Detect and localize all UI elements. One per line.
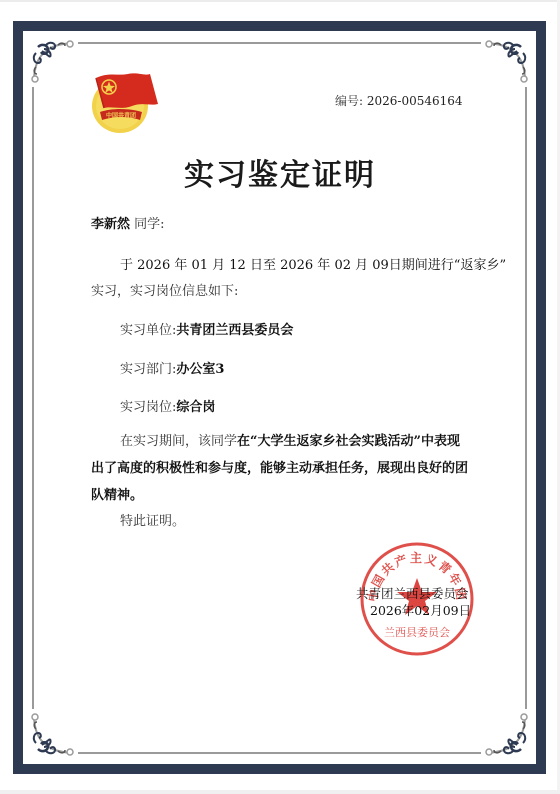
- evaluation-line-3: 队精神。: [91, 484, 143, 503]
- closing-text: 特此证明。: [120, 510, 185, 529]
- evaluation-line-1: 在实习期间，该同学在“大学生返家乡社会实践活动”中表现: [120, 430, 460, 449]
- field-department: 实习部门:办公室3: [120, 358, 224, 377]
- corner-ornament-icon: [28, 709, 78, 759]
- field-value: 综合岗: [176, 400, 215, 415]
- evaluation-prefix: 在实习期间，该同学: [120, 434, 237, 449]
- field-unit: 实习单位:共青团兰西县委员会: [120, 319, 293, 338]
- serial-number: 编号: 2026-00546164: [335, 92, 463, 109]
- signature-date: 2026年02月09日: [370, 601, 471, 619]
- evaluation-line-2: 出了高度的积极性和参与度，能够主动承担任务，展现出良好的团: [91, 457, 468, 476]
- salutation: 李新然 同学:: [91, 213, 165, 232]
- salutation-suffix: 同学:: [134, 217, 164, 232]
- period-line-2: 实习，实习岗位信息如下:: [91, 280, 238, 299]
- student-name: 李新然: [91, 217, 130, 232]
- youth-league-emblem-icon: 中国共青团: [86, 66, 162, 136]
- svg-text:中国共青团: 中国共青团: [106, 112, 136, 120]
- corner-ornament-icon: [28, 37, 78, 87]
- field-label: 实习岗位:: [120, 400, 176, 415]
- top-edge: [0, 0, 560, 2]
- corner-ornament-icon: [481, 709, 531, 759]
- serial-value: 2026-00546164: [367, 94, 463, 108]
- svg-text:兰西县委员会: 兰西县委员会: [384, 625, 450, 639]
- page-title: 实习鉴定证明: [0, 150, 560, 194]
- field-label: 实习部门:: [120, 362, 176, 377]
- bottom-edge: [0, 790, 560, 794]
- field-value: 办公室3: [176, 362, 224, 377]
- serial-label: 编号:: [335, 94, 363, 108]
- period-line-1: 于 2026 年 01 月 12 日至 2026 年 02 月 09日期间进行“…: [120, 254, 506, 273]
- signature-organization: 共青团兰西县委员会: [356, 584, 469, 602]
- field-label: 实习单位:: [120, 323, 176, 338]
- corner-ornament-icon: [481, 37, 531, 87]
- evaluation-bold: 在“大学生返家乡社会实践活动”中表现: [237, 434, 460, 449]
- field-position: 实习岗位:综合岗: [120, 396, 215, 415]
- field-value: 共青团兰西县委员会: [176, 323, 293, 338]
